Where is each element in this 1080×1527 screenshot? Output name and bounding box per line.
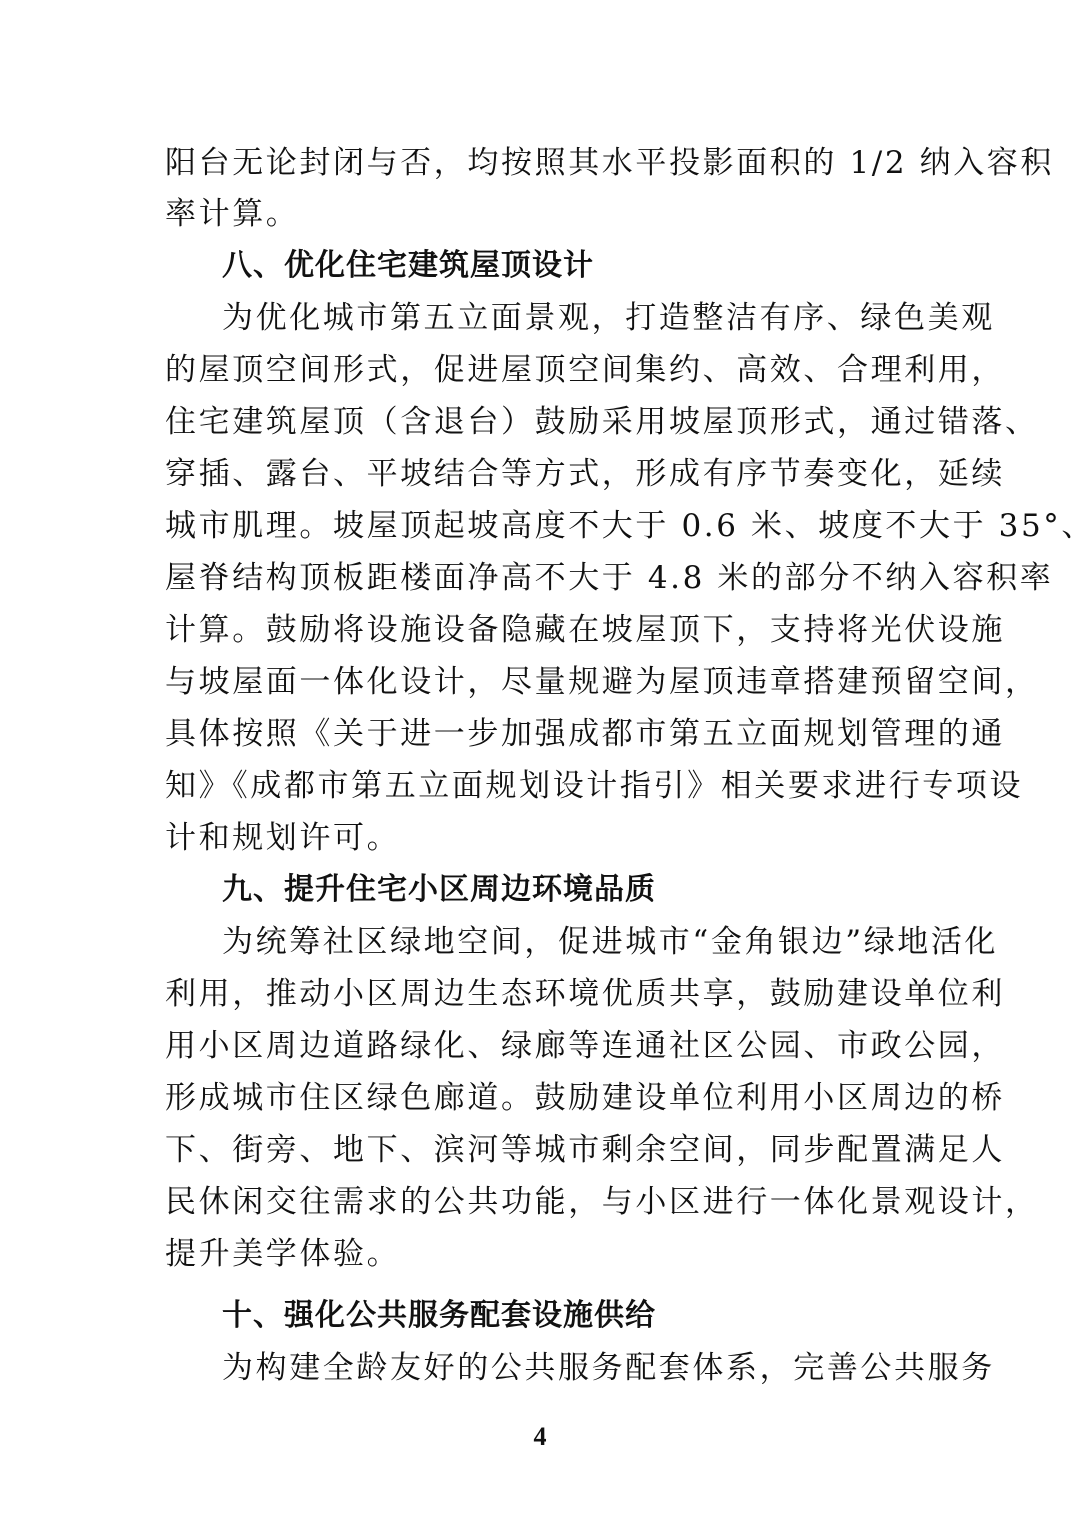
- paragraph-line: 提升美学体验。: [165, 1234, 400, 1274]
- paragraph-line: 率计算。: [165, 194, 299, 234]
- paragraph-line: 形成城市住区绿色廊道。鼓励建设单位利用小区周边的桥: [165, 1078, 1005, 1118]
- paragraph-line: 计算。鼓励将设施设备隐藏在坡屋顶下，支持将光伏设施: [165, 610, 1005, 650]
- section-heading-10: 十、强化公共服务配套设施供给: [222, 1296, 656, 1336]
- paragraph-line: 为优化城市第五立面景观，打造整洁有序、绿色美观: [222, 298, 995, 338]
- paragraph-line: 为统筹社区绿地空间，促进城市“金角银边”绿地活化: [222, 922, 998, 962]
- document-page: 阳台无论封闭与否，均按照其水平投影面积的 1/2 纳入容积 率计算。 八、优化住…: [0, 0, 1080, 1527]
- paragraph-line: 屋脊结构顶板距楼面净高不大于 4.8 米的部分不纳入容积率: [165, 558, 1053, 598]
- paragraph-line: 民休闲交往需求的公共功能，与小区进行一体化景观设计，: [165, 1182, 1039, 1222]
- paragraph-line: 为构建全龄友好的公共服务配套体系，完善公共服务: [222, 1348, 995, 1388]
- page-number: 4: [0, 1422, 1080, 1452]
- paragraph-line: 具体按照《关于进一步加强成都市第五立面规划管理的通: [165, 714, 1005, 754]
- section-heading-8: 八、优化住宅建筑屋顶设计: [222, 246, 594, 286]
- paragraph-line: 穿插、露台、平坡结合等方式，形成有序节奏变化，延续: [165, 454, 1005, 494]
- paragraph-line: 利用，推动小区周边生态环境优质共享，鼓励建设单位利: [165, 974, 1005, 1014]
- paragraph-line: 计和规划许可。: [165, 818, 400, 858]
- paragraph-line: 的屋顶空间形式，促进屋顶空间集约、高效、合理利用，: [165, 350, 1005, 390]
- paragraph-line: 住宅建筑屋顶（含退台）鼓励采用坡屋顶形式，通过错落、: [165, 402, 1039, 442]
- paragraph-line: 城市肌理。坡屋顶起坡高度不大于 0.6 米、坡度不大于 35°、: [165, 506, 1080, 546]
- paragraph-line: 下、街旁、地下、滨河等城市剩余空间，同步配置满足人: [165, 1130, 1005, 1170]
- section-heading-9: 九、提升住宅小区周边环境品质: [222, 870, 656, 910]
- paragraph-line: 知》《成都市第五立面规划设计指引》相关要求进行专项设: [165, 766, 1023, 806]
- paragraph-line: 阳台无论封闭与否，均按照其水平投影面积的 1/2 纳入容积: [165, 143, 1054, 183]
- paragraph-line: 与坡屋面一体化设计，尽量规避为屋顶违章搭建预留空间，: [165, 662, 1039, 702]
- paragraph-line: 用小区周边道路绿化、绿廊等连通社区公园、市政公园，: [165, 1026, 1005, 1066]
